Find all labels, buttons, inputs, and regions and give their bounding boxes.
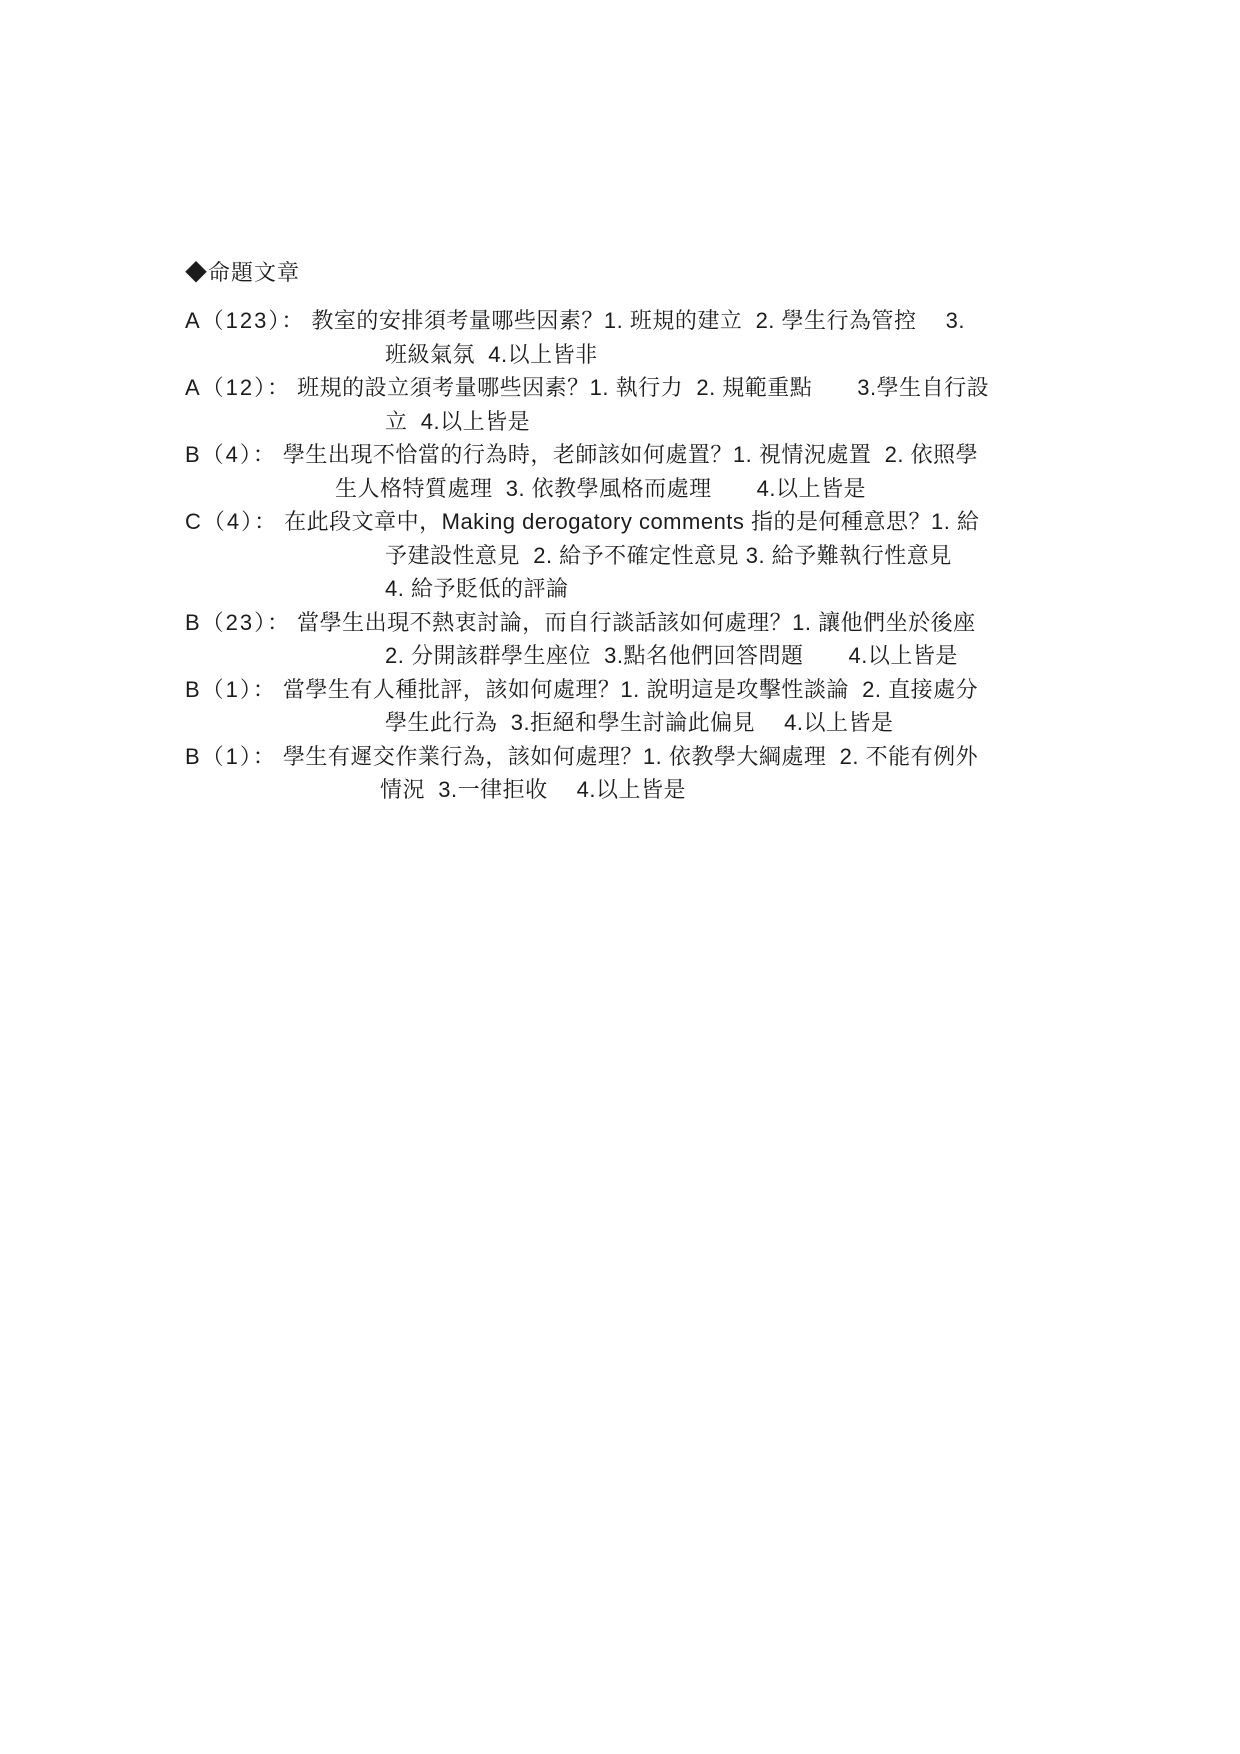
section-heading: ◆命題文章: [185, 256, 1065, 290]
question-item: A（123）：教室的安排須考量哪些因素？1. 班規的建立 2. 學生行為管控 3…: [185, 304, 1065, 371]
question-text-continuation: 情況 3.一律拒收 4.以上皆是: [380, 773, 1065, 807]
answer-label: B（23）：: [185, 610, 297, 635]
question-list: A（123）：教室的安排須考量哪些因素？1. 班規的建立 2. 學生行為管控 3…: [185, 304, 1065, 807]
answer-label: A（123）：: [185, 308, 311, 333]
question-text-continuation: 生人格特質處理 3. 依教學風格而處理 4.以上皆是: [335, 472, 1065, 506]
answer-label: C（4）：: [185, 509, 284, 534]
question-first-line: B（4）：學生出現不恰當的行為時，老師該如何處置？1. 視情況處置 2. 依照學: [185, 438, 1065, 472]
question-text-continuation: 學生此行為 3.拒絕和學生討論此偏見 4.以上皆是: [385, 706, 1065, 740]
question-text-continuation: 立 4.以上皆是: [385, 405, 1065, 439]
answer-label: B（4）：: [185, 442, 283, 467]
question-first-line: C（4）：在此段文章中，Making derogatory comments 指…: [185, 505, 1065, 539]
question-first-line: B（1）：當學生有人種批評，該如何處理？1. 說明這是攻擊性談論 2. 直接處分: [185, 673, 1065, 707]
document-page: ◆命題文章 A（123）：教室的安排須考量哪些因素？1. 班規的建立 2. 學生…: [185, 256, 1065, 807]
answer-label: A（12）：: [185, 375, 297, 400]
question-text: 學生出現不恰當的行為時，老師該如何處置？1. 視情況處置 2. 依照學: [283, 442, 978, 467]
question-item: B（23）：當學生出現不熱衷討論，而自行談話該如何處理？1. 讓他們坐於後座2.…: [185, 606, 1065, 673]
question-item: B（4）：學生出現不恰當的行為時，老師該如何處置？1. 視情況處置 2. 依照學…: [185, 438, 1065, 505]
question-text: 班規的設立須考量哪些因素？1. 執行力 2. 規範重點 3.學生自行設: [297, 375, 989, 400]
answer-label: B（1）：: [185, 744, 283, 769]
question-first-line: B（23）：當學生出現不熱衷討論，而自行談話該如何處理？1. 讓他們坐於後座: [185, 606, 1065, 640]
question-text-continuation: 班級氣氛 4.以上皆非: [385, 338, 1065, 372]
question-text: 在此段文章中，Making derogatory comments 指的是何種意…: [284, 509, 979, 534]
question-first-line: B（1）：學生有遲交作業行為，該如何處理？1. 依教學大綱處理 2. 不能有例外: [185, 740, 1065, 774]
question-text-continuation: 2. 分開該群學生座位 3.點名他們回答問題 4.以上皆是: [385, 639, 1065, 673]
question-item: B（1）：當學生有人種批評，該如何處理？1. 說明這是攻擊性談論 2. 直接處分…: [185, 673, 1065, 740]
question-item: A（12）：班規的設立須考量哪些因素？1. 執行力 2. 規範重點 3.學生自行…: [185, 371, 1065, 438]
question-item: C（4）：在此段文章中，Making derogatory comments 指…: [185, 505, 1065, 606]
question-first-line: A（123）：教室的安排須考量哪些因素？1. 班規的建立 2. 學生行為管控 3…: [185, 304, 1065, 338]
question-text: 學生有遲交作業行為，該如何處理？1. 依教學大綱處理 2. 不能有例外: [283, 744, 978, 769]
question-text-continuation: 予建設性意見 2. 給予不確定性意見 3. 給予難執行性意見: [385, 539, 1065, 573]
answer-label: B（1）：: [185, 677, 283, 702]
question-first-line: A（12）：班規的設立須考量哪些因素？1. 執行力 2. 規範重點 3.學生自行…: [185, 371, 1065, 405]
question-text: 當學生有人種批評，該如何處理？1. 說明這是攻擊性談論 2. 直接處分: [283, 677, 978, 702]
question-item: B（1）：學生有遲交作業行為，該如何處理？1. 依教學大綱處理 2. 不能有例外…: [185, 740, 1065, 807]
question-text-continuation: 4. 給予貶低的評論: [385, 572, 1065, 606]
question-text: 當學生出現不熱衷討論，而自行談話該如何處理？1. 讓他們坐於後座: [297, 610, 975, 635]
question-text: 教室的安排須考量哪些因素？1. 班規的建立 2. 學生行為管控 3.: [311, 308, 965, 333]
